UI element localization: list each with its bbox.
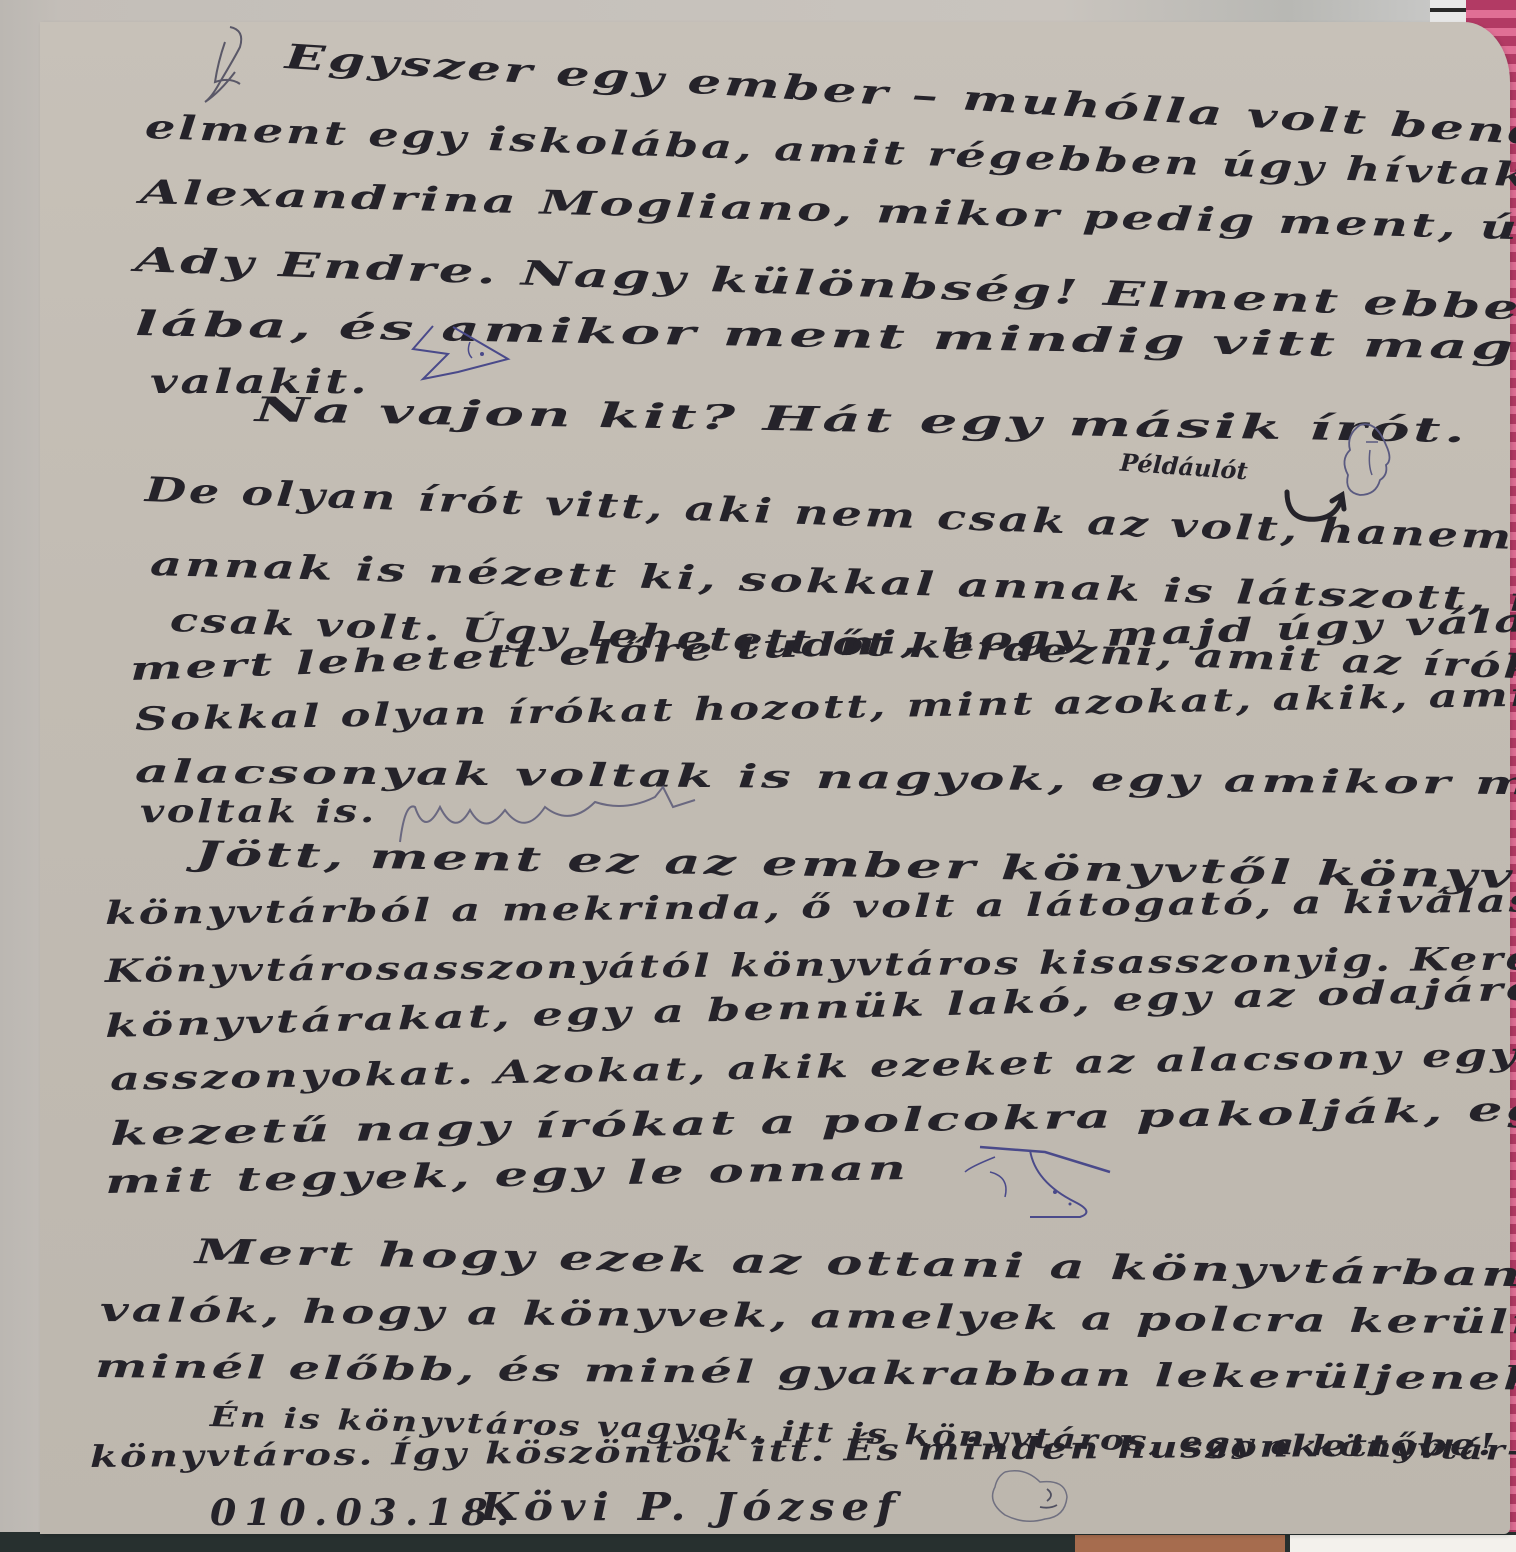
guestbook-page: Egyszer egy ember – muhólla volt bender … xyxy=(40,22,1510,1534)
entry-line: mit tegyek, egy le onnan xyxy=(105,1148,910,1201)
entry-line: könyvtárból a mekrinda, ő volt a látogat… xyxy=(105,880,1516,932)
background-wood xyxy=(1075,1535,1285,1552)
entry-line: minél előbb, és minél gyakrabban lekerül… xyxy=(95,1347,1516,1398)
entry-signature: Kövi P. József xyxy=(480,1484,902,1529)
wave-sketch-icon xyxy=(395,782,695,842)
entry-line: Mert hogy ezek az ottani a könyvtárban a… xyxy=(195,1232,1516,1298)
fish-sketch-icon xyxy=(408,324,508,384)
margin-annotation: Példáulót xyxy=(1119,448,1248,486)
entry-line: asszonyokat. Azokat, akik ezeket az alac… xyxy=(110,1032,1516,1098)
figure-sketch-icon xyxy=(190,22,260,112)
arrow-icon xyxy=(1282,487,1352,527)
entry-line: Na vajon kit? Hát egy másik írót. xyxy=(255,390,1469,451)
background-light xyxy=(1290,1535,1516,1552)
entry-line: kezetű nagy írókat a polcokra pakolják, … xyxy=(110,1088,1516,1153)
entry-line: Sokkal olyan írókat hozott, mint azokat,… xyxy=(135,674,1516,738)
book-cover-edge xyxy=(0,1532,1516,1552)
photo-scene: Egyszer egy ember – muhólla volt bender … xyxy=(0,0,1516,1552)
entry-date: 010.03.18. xyxy=(210,1492,518,1534)
entry-line: valók, hogy a könyvek, amelyek a polcra … xyxy=(100,1290,1516,1342)
bird-sketch-icon xyxy=(960,1142,1110,1232)
lion-sketch-icon xyxy=(985,1467,1075,1527)
entry-line: voltak is. xyxy=(140,792,377,830)
handwritten-entry: Egyszer egy ember – muhólla volt bender … xyxy=(40,22,1510,1534)
